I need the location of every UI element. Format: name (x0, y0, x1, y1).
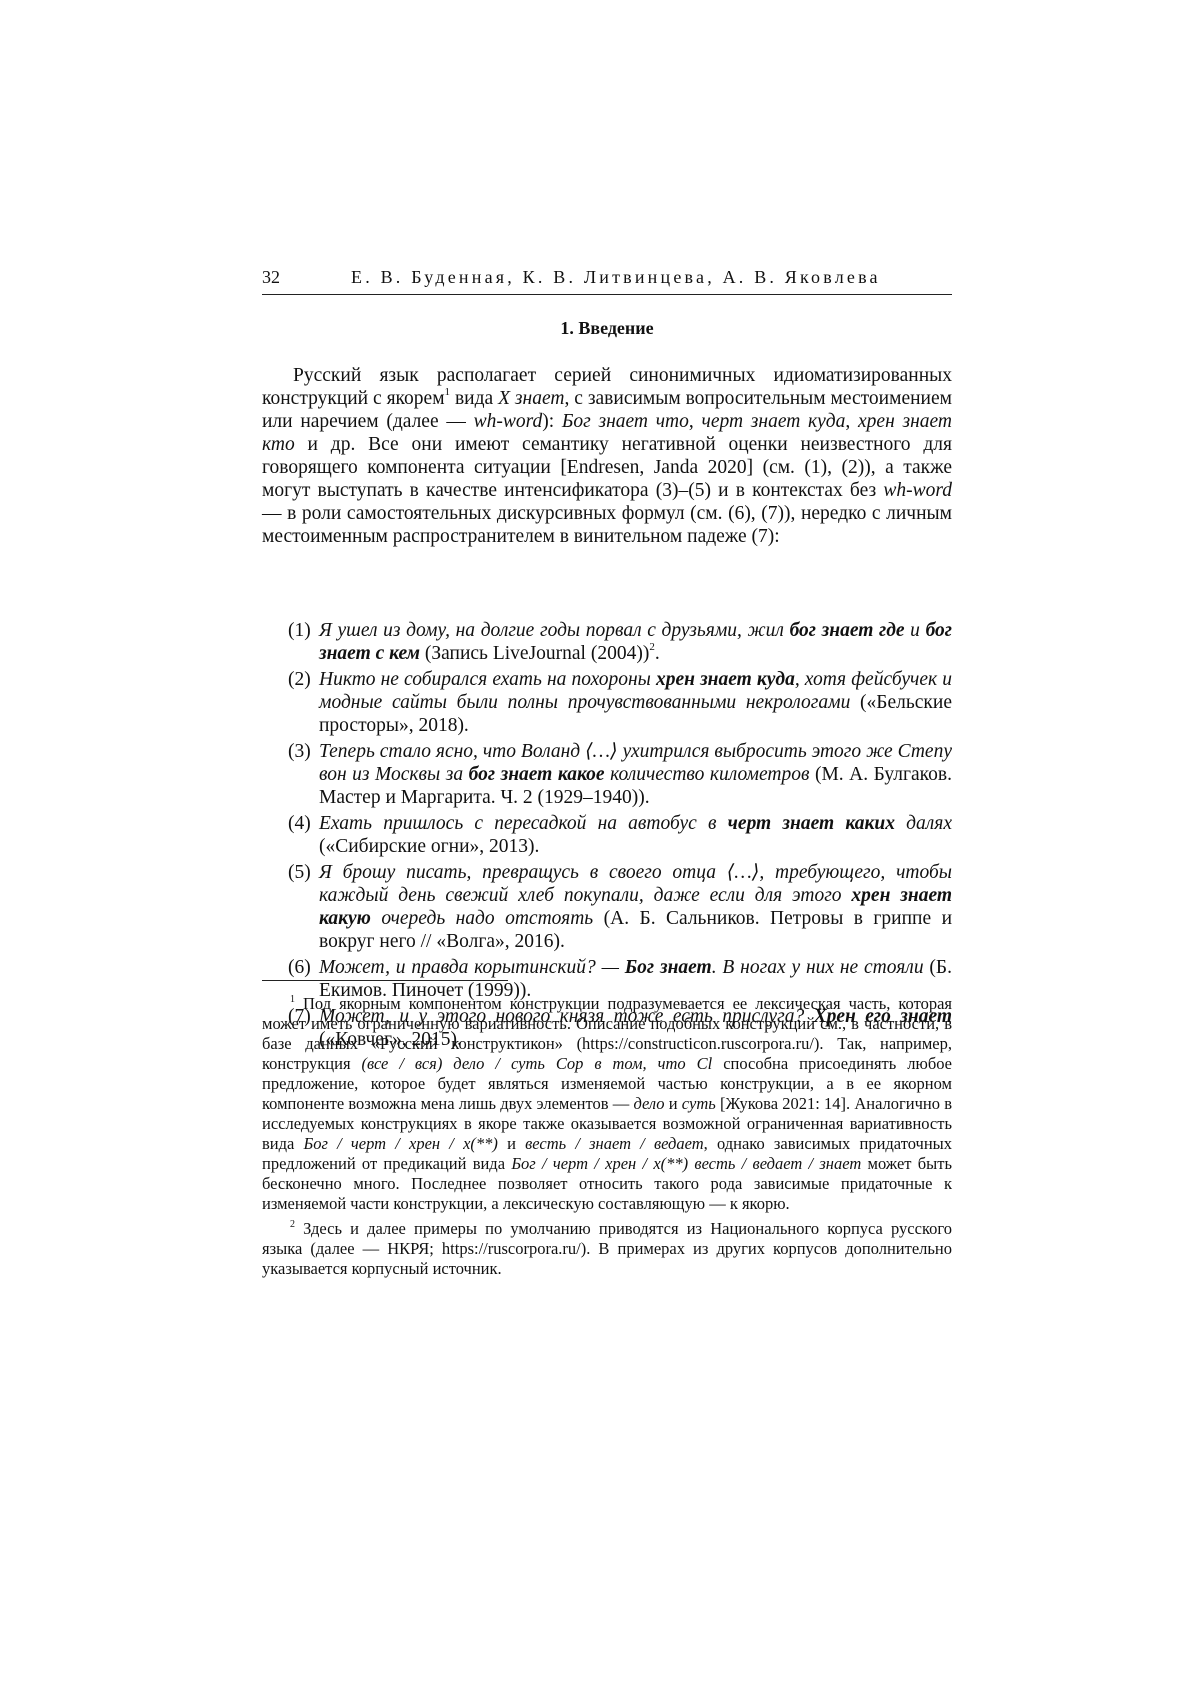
construction-highlight: Бог знает (625, 957, 712, 978)
italic-term: (все / вся) дело / суть Cop в том, что C… (362, 1054, 713, 1073)
example-number: (6) (288, 956, 311, 979)
construction-highlight: черт знает каких (728, 813, 895, 834)
footnote-1: 1 Под якорным компонентом конструкции по… (262, 994, 952, 1214)
example-text: очередь надо отстоять (371, 908, 593, 929)
construction-highlight: бог знает где (790, 620, 905, 641)
italic-term: Бог / черт / хрен / х(**) весть / ведает… (511, 1154, 861, 1173)
example-item: (5)Я брошу писать, превращусь в своего о… (262, 861, 952, 953)
footnote-separator (262, 980, 508, 981)
italic-term: X знает (498, 388, 564, 409)
intro-paragraph: Русский язык располагает серией синоними… (262, 364, 952, 548)
example-source: (Запись LiveJournal (2004)) (420, 643, 649, 664)
text-run: — в роли самостоятельных дискурсивных фо… (262, 503, 952, 547)
footnotes: 1 Под якорным компонентом конструкции по… (262, 994, 952, 1284)
example-source: («Сибирские огни», 2013). (319, 836, 539, 857)
construction-highlight: бог знает какое (469, 764, 605, 785)
running-header: 32 Е. В. Буденная, К. В. Литвинцева, А. … (262, 264, 952, 290)
example-item: (3)Теперь стало ясно, что Воланд ⟨…⟩ ухи… (262, 740, 952, 809)
example-item: (4)Ехать пришлось с пересадкой на автобу… (262, 812, 952, 858)
text-run: , (689, 411, 702, 432)
example-text: Ехать пришлось с пересадкой на автобус в (319, 813, 728, 834)
italic-term: суть (682, 1094, 716, 1113)
example-item: (1)Я ушел из дому, на долгие годы порвал… (262, 619, 952, 665)
example-text: Я ушел из дому, на долгие годы порвал с … (319, 620, 790, 641)
running-header-authors: Е. В. Буденная, К. В. Литвинцева, А. В. … (351, 264, 881, 290)
example-text: далях (895, 813, 952, 834)
text-run: вида (450, 388, 498, 409)
header-rule (262, 294, 952, 295)
text-run: и др. Все они имеют семантику негативной… (262, 434, 952, 501)
text-run: и (498, 1134, 525, 1153)
section-heading: 1. Введение (262, 316, 952, 340)
text-run: ): (542, 411, 562, 432)
text-run: и (665, 1094, 682, 1113)
italic-term: весть / знает / ведает (525, 1134, 704, 1153)
italic-term: Бог / черт / хрен / х(**) (304, 1134, 498, 1153)
footnote-ref-1[interactable]: 1 (445, 386, 451, 398)
example-number: (5) (288, 861, 311, 884)
example-text: Никто не собирался ехать на похороны (319, 669, 656, 690)
footnote-2: 2 Здесь и далее примеры по умолчанию при… (262, 1219, 952, 1279)
construction-highlight: хрен знает куда (656, 669, 795, 690)
text-run: Здесь и далее примеры по умолчанию приво… (262, 1219, 952, 1278)
example-text: . В ногах у них не стояли (712, 957, 924, 978)
example-number: (1) (288, 619, 311, 642)
text-run: . (655, 643, 660, 664)
italic-term: wh-word (883, 480, 952, 501)
footnote-marker: 2 (290, 1219, 295, 1230)
example-number: (4) (288, 812, 311, 835)
italic-term: Бог знает что (562, 411, 689, 432)
italic-term: wh-word (474, 411, 543, 432)
italic-term: дело (633, 1094, 664, 1113)
text-run: , (845, 411, 858, 432)
page-number: 32 (262, 264, 280, 290)
italic-term: черт знает куда (702, 411, 846, 432)
example-number: (3) (288, 740, 311, 763)
example-text: количество километров (605, 764, 810, 785)
footnote-marker: 1 (290, 994, 295, 1005)
example-item: (2)Никто не собирался ехать на похороны … (262, 668, 952, 737)
example-text: Может, и правда корытинский? — (319, 957, 625, 978)
example-number: (2) (288, 668, 311, 691)
examples-list: (1)Я ушел из дому, на долгие годы порвал… (262, 619, 952, 1054)
example-text: и (905, 620, 926, 641)
document-page: 32 Е. В. Буденная, К. В. Литвинцева, А. … (262, 264, 952, 290)
footnote-ref-2[interactable]: 2 (649, 641, 655, 653)
